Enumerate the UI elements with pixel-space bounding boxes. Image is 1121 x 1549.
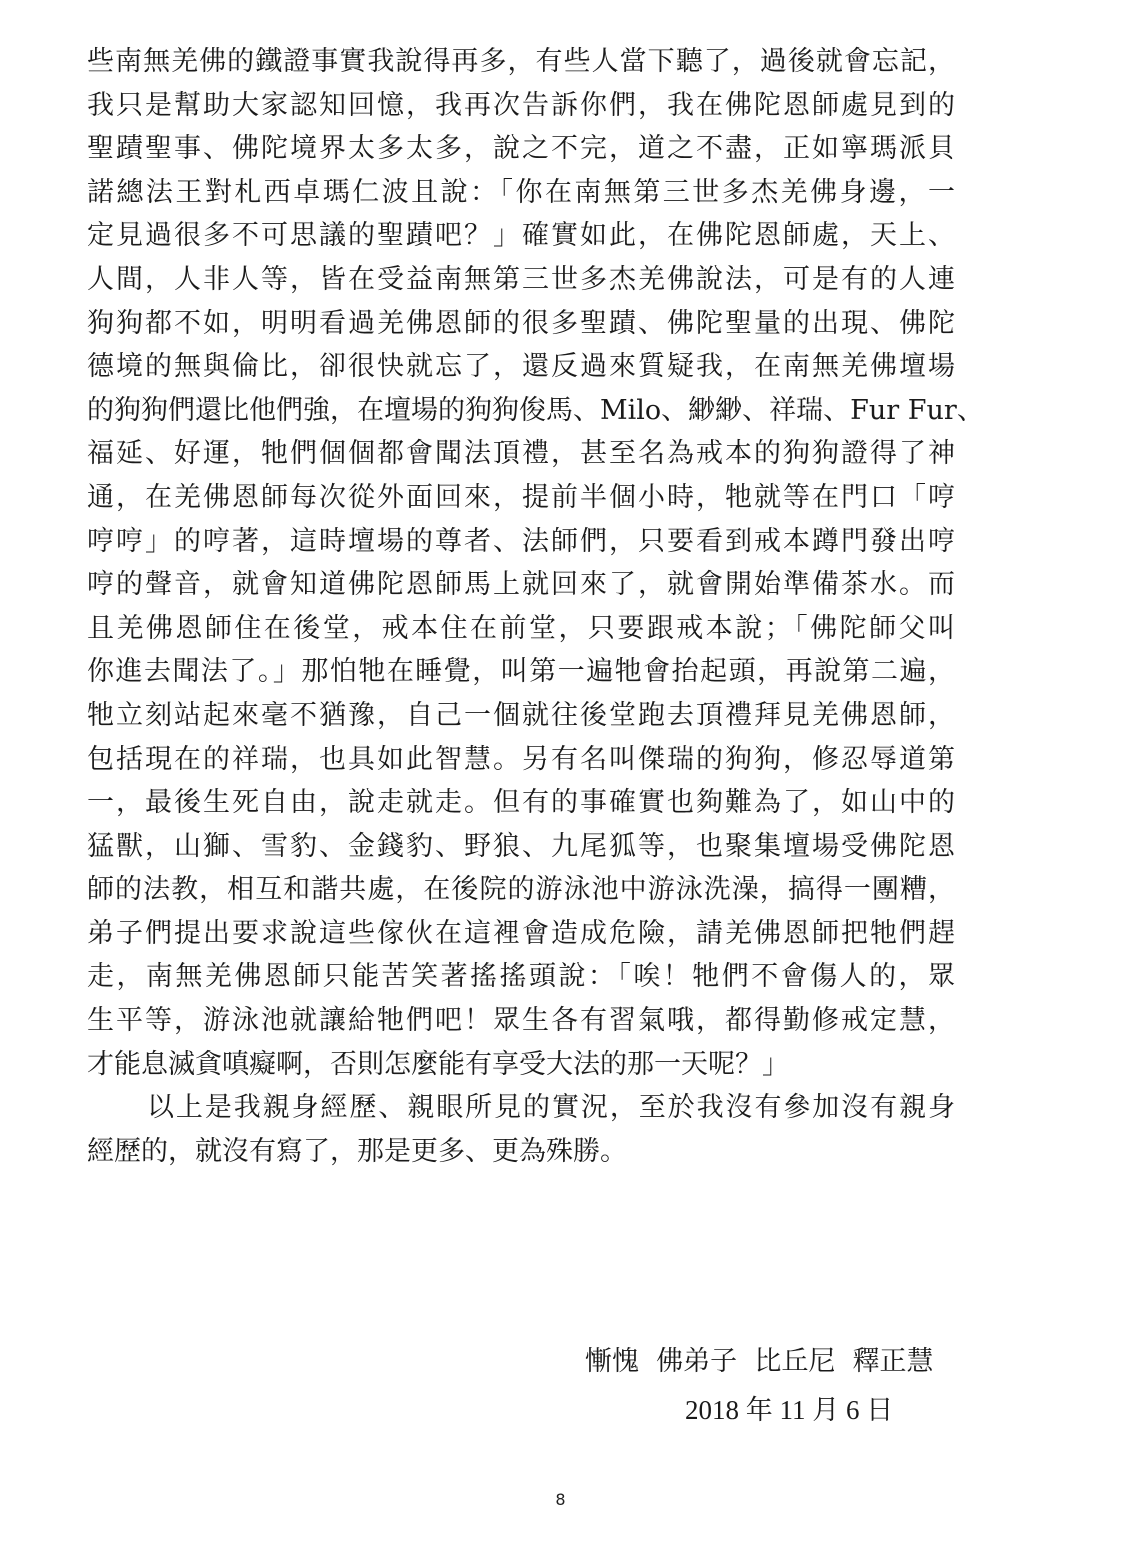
text-line: 生平等，游泳池就讓給牠們吧！眾生各有習氣哦，都得勤修戒定慧，	[87, 999, 955, 1043]
text-line: 些南無羌佛的鐵證事實我說得再多，有些人當下聽了，過後就會忘記，	[87, 40, 955, 84]
text-line: 你進去聞法了。」那怕牠在睡覺，叫第一遍牠會抬起頭，再說第二遍，	[87, 650, 955, 694]
text-line: 我只是幫助大家認知回憶，我再次告訴你們，我在佛陀恩師處見到的	[87, 84, 955, 128]
text-line: 的狗狗們還比他們強，在壇場的狗狗俊馬、Milo、緲緲、祥瑞、Fur Fur、	[87, 389, 955, 433]
body-text: 些南無羌佛的鐵證事實我說得再多，有些人當下聽了，過後就會忘記， 我只是幫助大家認…	[87, 40, 955, 1173]
paragraph-1: 些南無羌佛的鐵證事實我說得再多，有些人當下聽了，過後就會忘記， 我只是幫助大家認…	[87, 40, 955, 1086]
text-line: 一，最後生死自由，說走就走。但有的事確實也夠難為了，如山中的	[87, 781, 955, 825]
date: 2018 年 11 月 6 日	[685, 1390, 893, 1430]
text-line: 定見過很多不可思議的聖蹟吧？」確實如此，在佛陀恩師處，天上、	[87, 214, 955, 258]
text-line: 通，在羌佛恩師每次從外面回來，提前半個小時，牠就等在門口「哼	[87, 476, 955, 520]
text-line: 以上是我親身經歷、親眼所見的實況，至於我沒有參加沒有親身	[87, 1086, 955, 1130]
text-line: 牠立刻站起來毫不猶豫，自己一個就往後堂跑去頂禮拜見羌佛恩師，	[87, 694, 955, 738]
text-line: 哼的聲音，就會知道佛陀恩師馬上就回來了，就會開始準備茶水。而	[87, 563, 955, 607]
paragraph-2: 以上是我親身經歷、親眼所見的實況，至於我沒有參加沒有親身 經歷的，就沒有寫了，那…	[87, 1086, 955, 1173]
text-line: 人間，人非人等，皆在受益南無第三世多杰羌佛說法，可是有的人連	[87, 258, 955, 302]
text-line: 哼哼」的哼著，這時壇場的尊者、法師們，只要看到戒本蹲門發出哼	[87, 520, 955, 564]
text-line: 猛獸，山獅、雪豹、金錢豹、野狼、九尾狐等，也聚集壇場受佛陀恩	[87, 825, 955, 869]
text-line: 包括現在的祥瑞，也具如此智慧。另有名叫傑瑞的狗狗，修忍辱道第	[87, 738, 955, 782]
page-number: 8	[0, 1490, 1121, 1509]
text-line: 福延、好運，牠們個個都會聞法頂禮，甚至名為戒本的狗狗證得了神	[87, 432, 955, 476]
text-line: 才能息滅貪嗔癡啊，否則怎麼能有享受大法的那一天呢？」	[87, 1043, 955, 1087]
text-line: 德境的無與倫比，卻很快就忘了，還反過來質疑我，在南無羌佛壇場	[87, 345, 955, 389]
text-line: 師的法教，相互和諧共處，在後院的游泳池中游泳洗澡，搞得一團糟，	[87, 868, 955, 912]
text-line: 走，南無羌佛恩師只能苦笑著搖搖頭說：「唉！牠們不會傷人的，眾	[87, 955, 955, 999]
text-line: 諾總法王對札西卓瑪仁波且說：「你在南無第三世多杰羌佛身邊，一	[87, 171, 955, 215]
text-line: 經歷的，就沒有寫了，那是更多、更為殊勝。	[87, 1130, 955, 1174]
text-line: 聖蹟聖事、佛陀境界太多太多，說之不完，道之不盡，正如寧瑪派貝	[87, 127, 955, 171]
text-line: 弟子們提出要求說這些傢伙在這裡會造成危險，請羌佛恩師把牠們趕	[87, 912, 955, 956]
document-page: 些南無羌佛的鐵證事實我說得再多，有些人當下聽了，過後就會忘記， 我只是幫助大家認…	[0, 0, 1121, 1549]
text-line: 狗狗都不如，明明看過羌佛恩師的很多聖蹟、佛陀聖量的出現、佛陀	[87, 302, 955, 346]
signature: 慚愧 佛弟子 比丘尼 釋正慧	[585, 1342, 934, 1382]
text-line: 且羌佛恩師住在後堂，戒本住在前堂，只要跟戒本說；「佛陀師父叫	[87, 607, 955, 651]
